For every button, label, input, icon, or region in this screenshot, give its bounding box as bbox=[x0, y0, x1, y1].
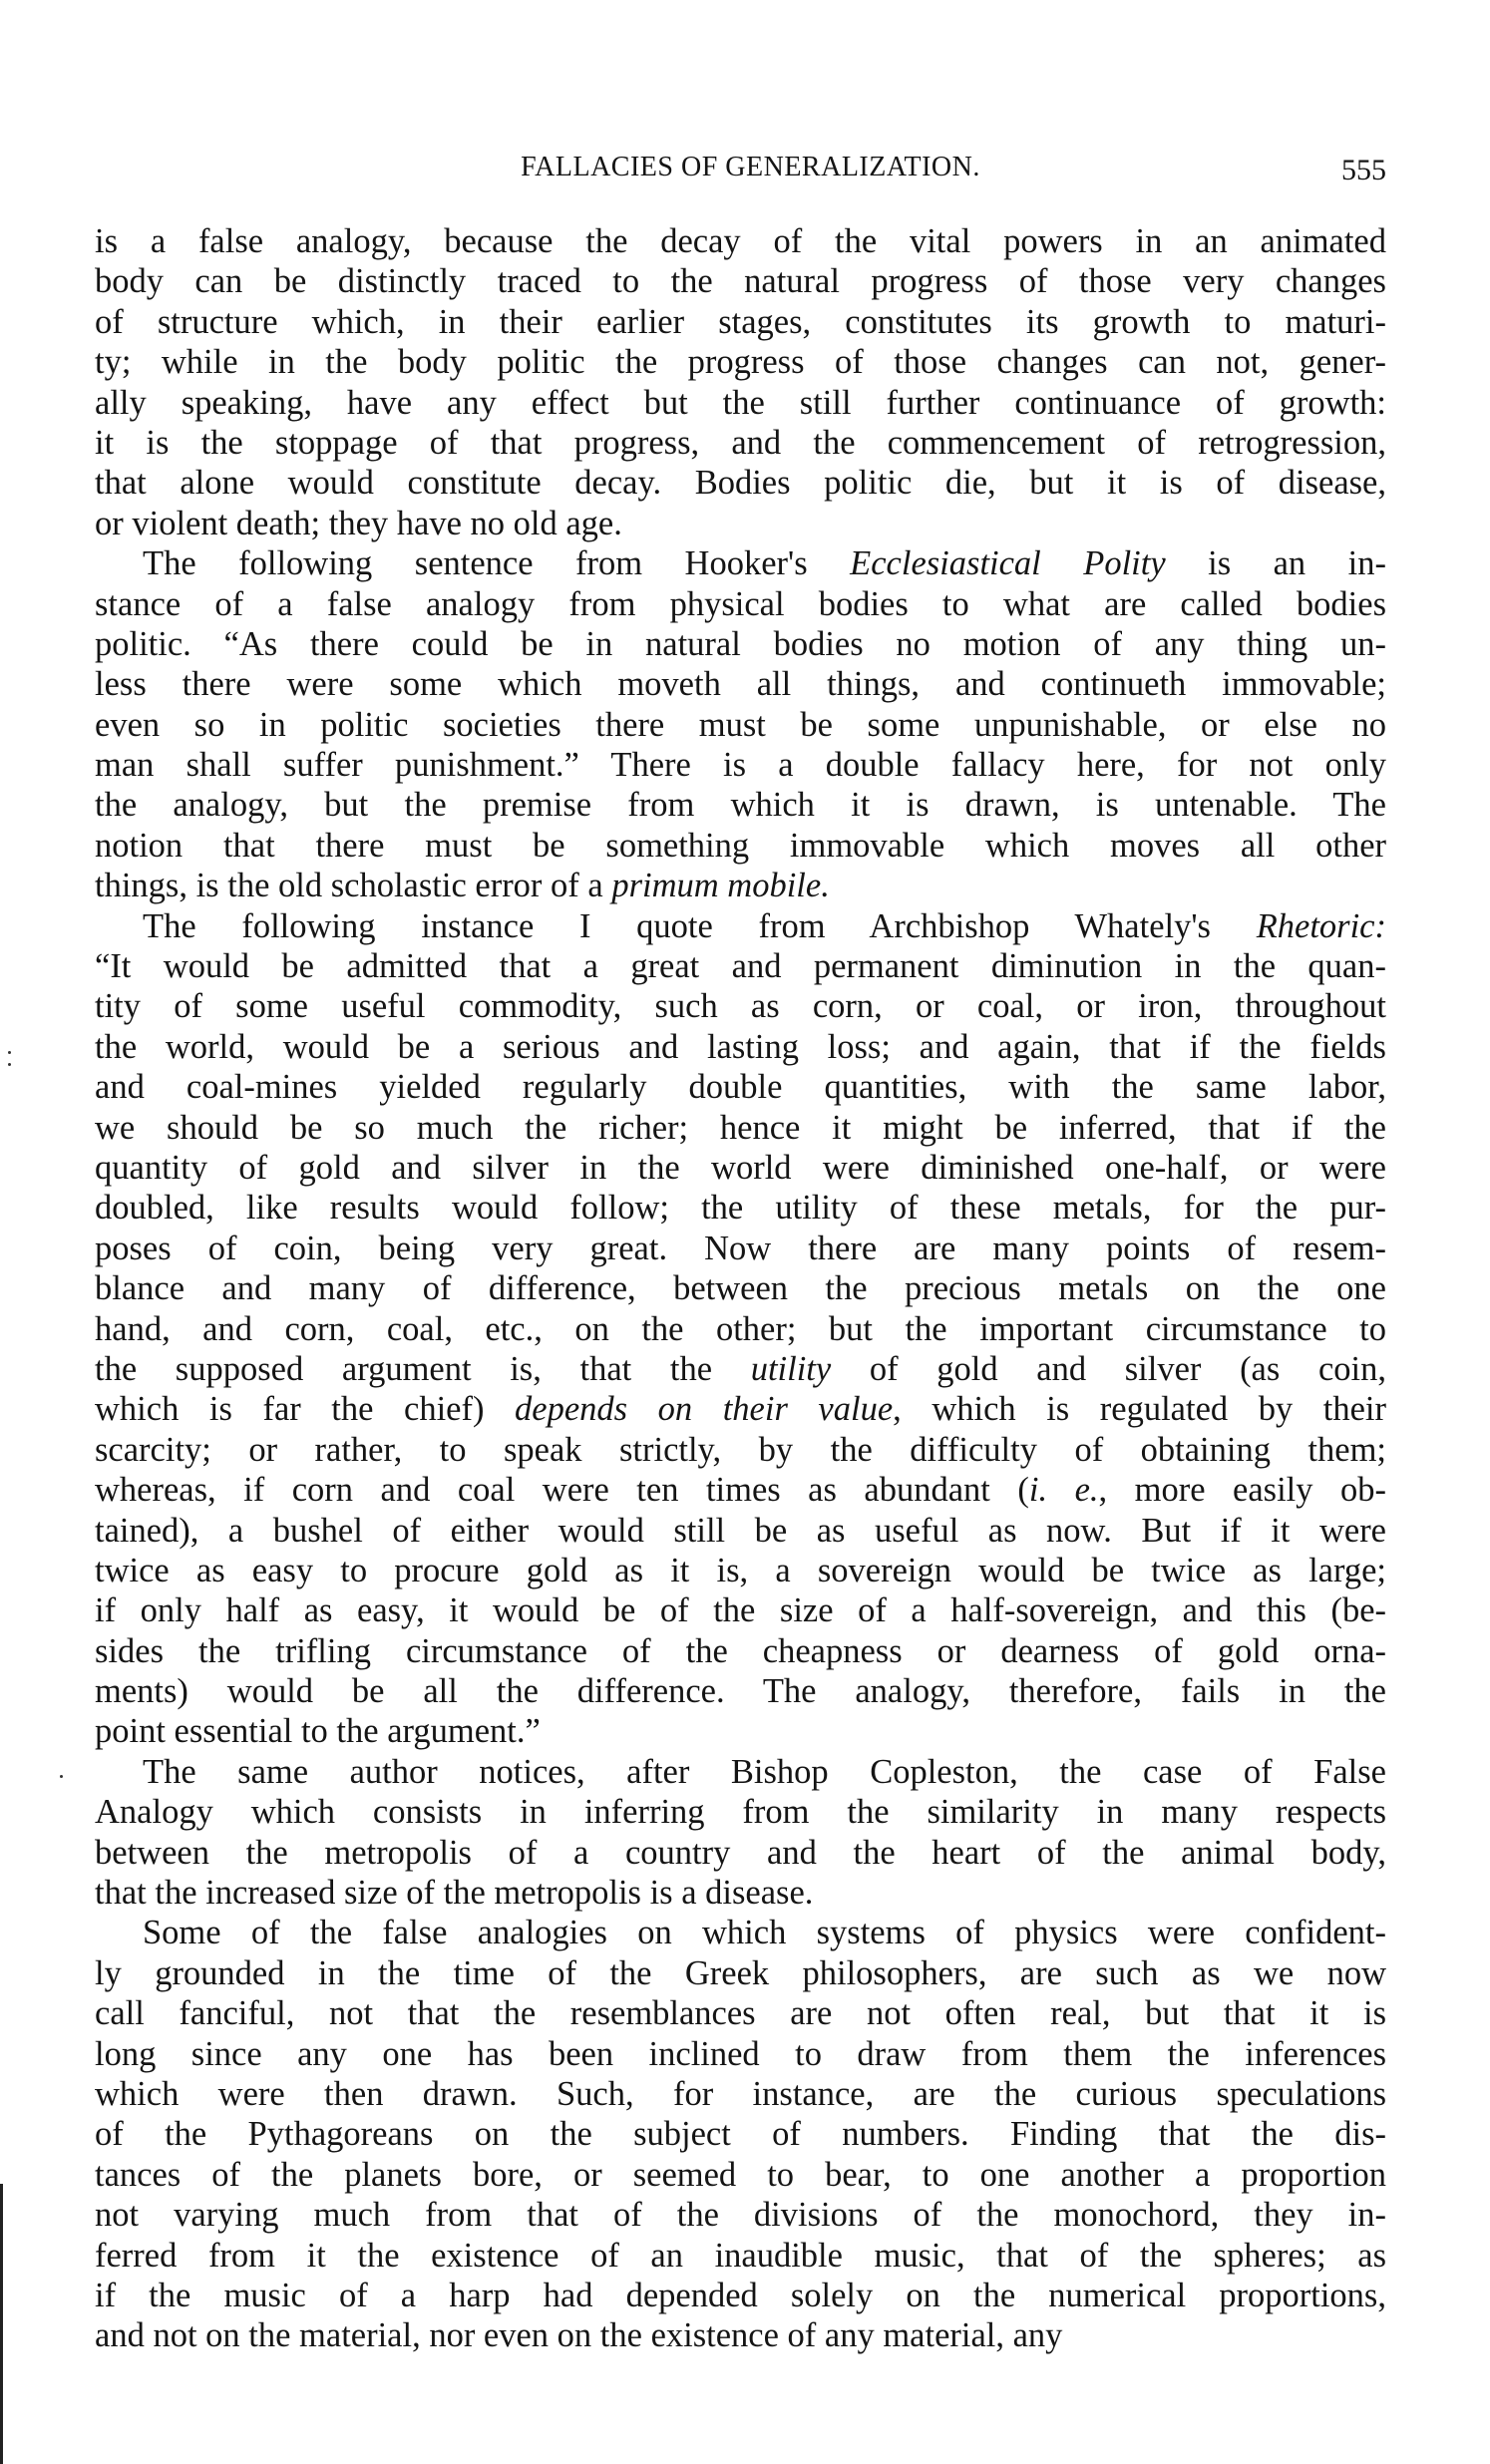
text-line: twice as easy to procure gold as it is, … bbox=[95, 1551, 1386, 1590]
text-line: if only half as easy, it would be of the… bbox=[95, 1590, 1386, 1630]
text-line: ly grounded in the time of the Greek phi… bbox=[95, 1953, 1386, 1993]
text-line: call fanciful, not that the resemblances… bbox=[95, 1993, 1386, 2033]
margin-mark-dot bbox=[60, 1775, 63, 1778]
text-line: ments) would be all the difference. The … bbox=[95, 1671, 1386, 1711]
text-line: notion that there must be something immo… bbox=[95, 826, 1386, 866]
text-line: body can be distinctly traced to the nat… bbox=[95, 261, 1386, 301]
text-line: and coal-mines yielded regularly double … bbox=[95, 1067, 1386, 1107]
text-line: between the metropolis of a country and … bbox=[95, 1833, 1386, 1873]
text-line: even so in politic societies there must … bbox=[95, 705, 1386, 745]
italic-text: i. e. bbox=[1029, 1471, 1099, 1509]
text-line: The following instance I quote from Arch… bbox=[95, 906, 1386, 946]
paragraph: The same author notices, after Bishop Co… bbox=[95, 1752, 1386, 1914]
text-line: politic. “As there could be in natural b… bbox=[95, 624, 1386, 664]
running-title: FALLACIES OF GENERALIZATION. bbox=[95, 152, 1386, 183]
margin-mark-dot bbox=[8, 1063, 11, 1066]
text-line: ferred from it the existence of an inaud… bbox=[95, 2236, 1386, 2276]
text-line: doubled, like results would follow; the … bbox=[95, 1188, 1386, 1228]
text-line: if the music of a harp had depended sole… bbox=[95, 2276, 1386, 2315]
paragraph: The following sentence from Hooker's Ecc… bbox=[95, 543, 1386, 906]
text-line: The following sentence from Hooker's Ecc… bbox=[95, 543, 1386, 583]
paragraph: The following instance I quote from Arch… bbox=[95, 906, 1386, 1752]
text-line: tity of some useful commodity, such as c… bbox=[95, 986, 1386, 1026]
text-line: hand, and corn, coal, etc., on the other… bbox=[95, 1309, 1386, 1349]
italic-text: utility bbox=[751, 1350, 832, 1388]
text-line: of structure which, in their earlier sta… bbox=[95, 302, 1386, 342]
text-line: the supposed argument is, that the utili… bbox=[95, 1349, 1386, 1389]
text-line: whereas, if corn and coal were ten times… bbox=[95, 1470, 1386, 1510]
italic-text: depends on their value bbox=[515, 1390, 893, 1428]
page-number: 555 bbox=[1341, 154, 1386, 187]
text-line: it is the stoppage of that progress, and… bbox=[95, 423, 1386, 463]
margin-mark-dot bbox=[8, 1051, 11, 1054]
text-line: tained), a bushel of either would still … bbox=[95, 1511, 1386, 1551]
text-line: Analogy which consists in inferring from… bbox=[95, 1792, 1386, 1832]
text-line: blance and many of difference, between t… bbox=[95, 1268, 1386, 1308]
text-line: that alone would constitute decay. Bodie… bbox=[95, 463, 1386, 503]
body-text: is a false analogy, because the decay of… bbox=[95, 221, 1386, 2356]
text-line: The same author notices, after Bishop Co… bbox=[95, 1752, 1386, 1792]
text-line: not varying much from that of the divisi… bbox=[95, 2195, 1386, 2235]
italic-text: primum mobile. bbox=[611, 867, 830, 904]
italic-text: Rhetoric: bbox=[1257, 907, 1386, 945]
text-line: scarcity; or rather, to speak strictly, … bbox=[95, 1430, 1386, 1470]
paragraph: Some of the false analogies on which sys… bbox=[95, 1913, 1386, 2355]
text-line: ty; while in the body politic the progre… bbox=[95, 342, 1386, 382]
text-line: man shall suffer punishment.” There is a… bbox=[95, 745, 1386, 785]
text-line: or violent death; they have no old age. bbox=[95, 504, 1386, 543]
page-edge-line bbox=[0, 2184, 3, 2464]
text-line: “It would be admitted that a great and p… bbox=[95, 946, 1386, 986]
paragraph: is a false analogy, because the decay of… bbox=[95, 221, 1386, 543]
text-line: that the increased size of the metropoli… bbox=[95, 1873, 1386, 1913]
text-line: is a false analogy, because the decay of… bbox=[95, 221, 1386, 261]
text-line: point essential to the argument.” bbox=[95, 1711, 1386, 1751]
text-line: we should be so much the richer; hence i… bbox=[95, 1108, 1386, 1148]
text-line: long since any one has been inclined to … bbox=[95, 2034, 1386, 2074]
text-line: ally speaking, have any effect but the s… bbox=[95, 383, 1386, 423]
text-line: and not on the material, nor even on the… bbox=[95, 2315, 1386, 2355]
text-line: stance of a false analogy from physical … bbox=[95, 584, 1386, 624]
running-header: FALLACIES OF GENERALIZATION. 555 bbox=[95, 152, 1386, 191]
text-line: which is far the chief) depends on their… bbox=[95, 1389, 1386, 1429]
text-line: less there were some which moveth all th… bbox=[95, 664, 1386, 704]
text-line: the world, would be a serious and lastin… bbox=[95, 1027, 1386, 1067]
text-line: quantity of gold and silver in the world… bbox=[95, 1148, 1386, 1188]
text-line: tances of the planets bore, or seemed to… bbox=[95, 2155, 1386, 2195]
text-line: of the Pythagoreans on the subject of nu… bbox=[95, 2114, 1386, 2154]
text-line: the analogy, but the premise from which … bbox=[95, 785, 1386, 825]
text-line: poses of coin, being very great. Now the… bbox=[95, 1229, 1386, 1268]
text-line: which were then drawn. Such, for instanc… bbox=[95, 2074, 1386, 2114]
text-line: Some of the false analogies on which sys… bbox=[95, 1913, 1386, 1952]
text-line: sides the trifling circumstance of the c… bbox=[95, 1631, 1386, 1671]
text-line: things, is the old scholastic error of a… bbox=[95, 866, 1386, 905]
italic-text: Ecclesiastical Polity bbox=[850, 544, 1165, 582]
